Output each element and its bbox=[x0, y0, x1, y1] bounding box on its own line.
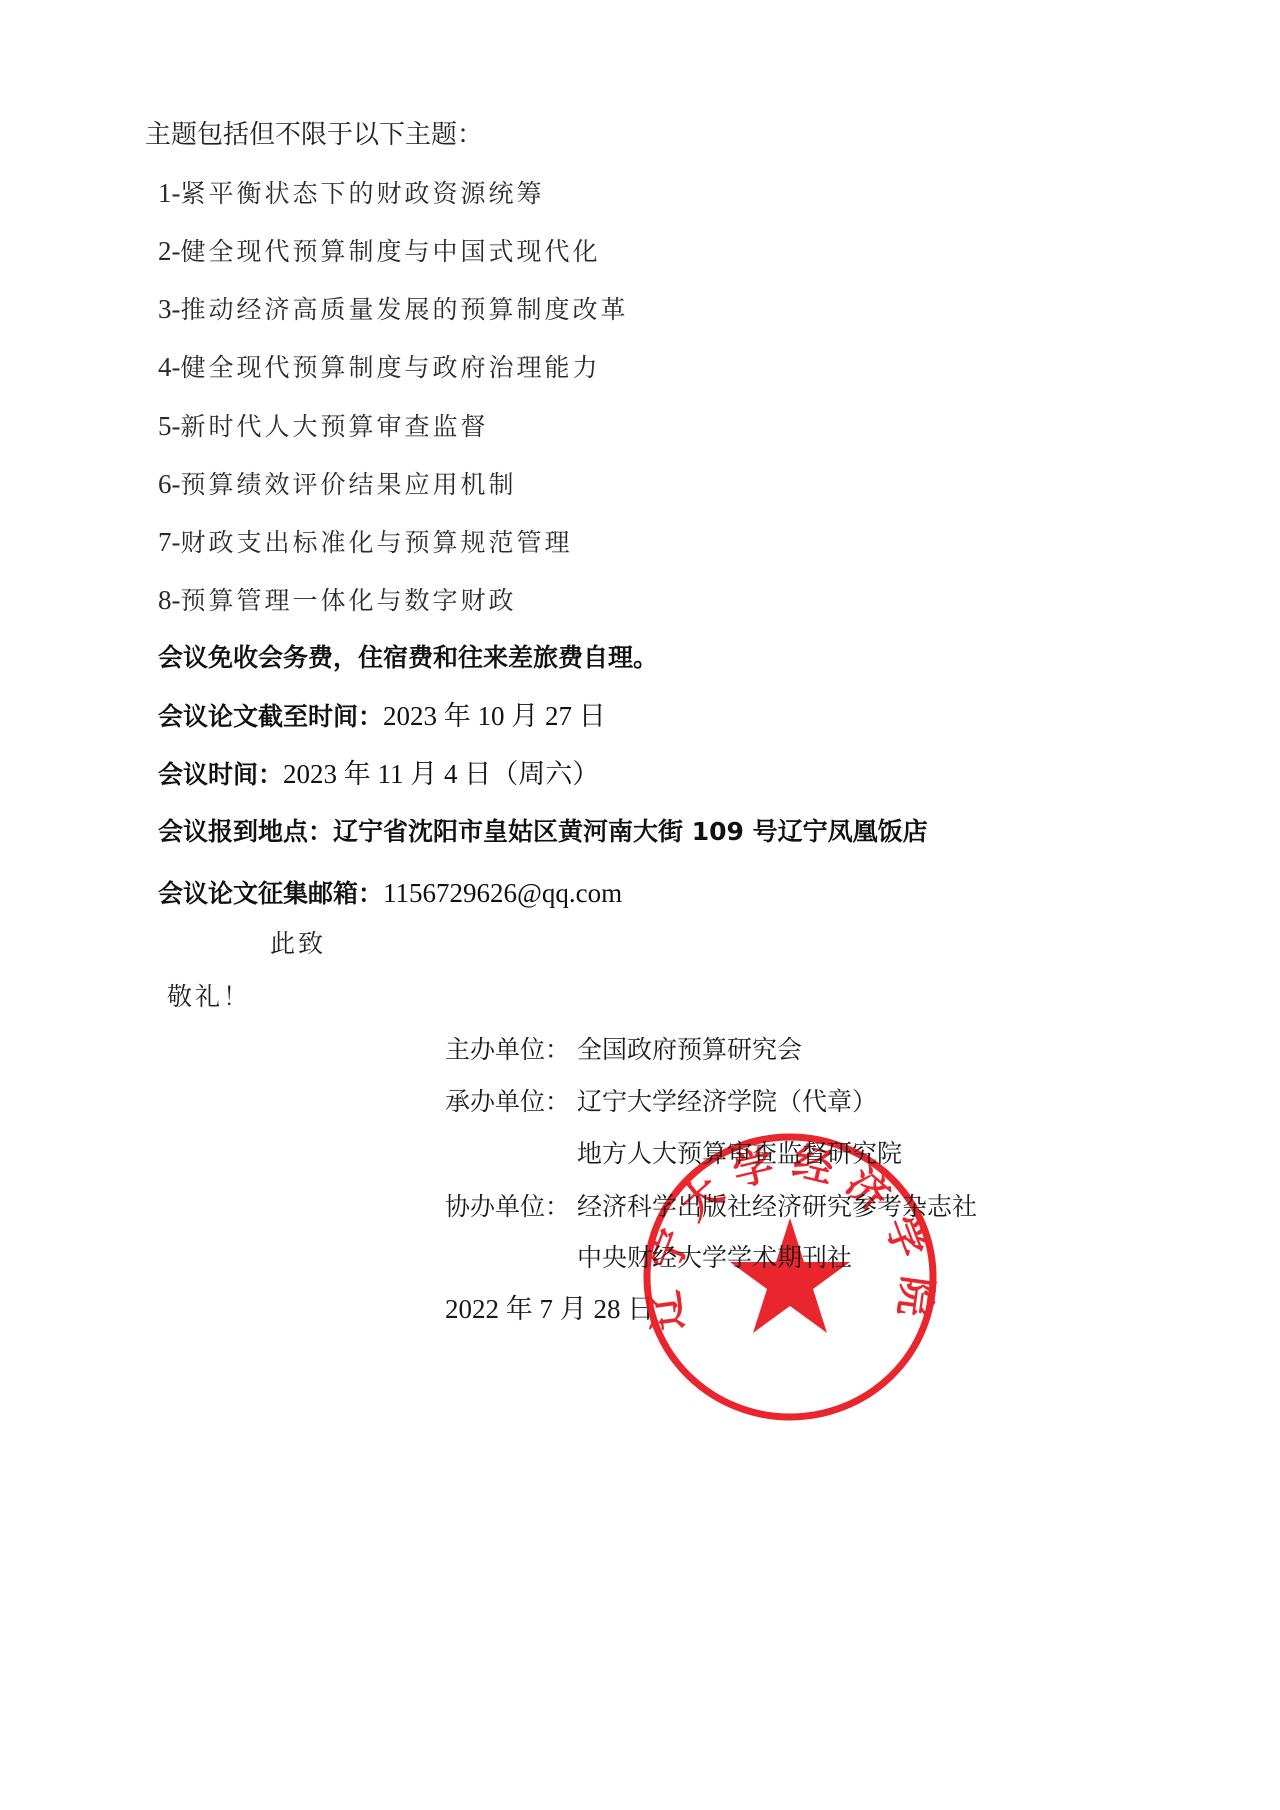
venue-label: 会议报到地点： bbox=[158, 817, 333, 846]
topic-number: 6- bbox=[158, 469, 181, 499]
topics-heading: 主题包括但不限于以下主题： bbox=[145, 122, 483, 148]
co-organizer-value: 经济科学出版社经济研究参考杂志社 bbox=[577, 1192, 977, 1221]
topic-text: 推动经济高质量发展的预算制度改革 bbox=[181, 295, 629, 324]
topic-number: 4- bbox=[158, 352, 181, 382]
topic-item: 4-健全现代预算制度与政府治理能力 bbox=[158, 354, 601, 381]
topic-number: 2- bbox=[158, 236, 181, 266]
topic-item: 8-预算管理一体化与数字财政 bbox=[158, 587, 517, 614]
submission-email-value[interactable]: 1156729626@qq.com bbox=[383, 878, 622, 908]
topic-item: 2-健全现代预算制度与中国式现代化 bbox=[158, 238, 601, 265]
topic-text: 财政支出标准化与预算规范管理 bbox=[181, 528, 573, 557]
topic-text: 预算绩效评价结果应用机制 bbox=[181, 470, 517, 499]
topic-number: 1- bbox=[158, 178, 181, 208]
topic-text: 健全现代预算制度与中国式现代化 bbox=[181, 237, 601, 266]
official-seal-icon: 辽宁大学经济学院 bbox=[640, 1130, 940, 1425]
topic-text: 新时代人大预算审查监督 bbox=[181, 412, 489, 441]
host-organizer: 主办单位：全国政府预算研究会 bbox=[445, 1037, 802, 1062]
meeting-time-label: 会议时间： bbox=[158, 760, 283, 789]
undertaker-label: 承办单位： bbox=[445, 1089, 577, 1114]
meeting-time: 会议时间：2023 年 11 月 4 日（周六） bbox=[158, 761, 599, 788]
undertaker-organizer: 承办单位：辽宁大学经济学院（代章） bbox=[445, 1089, 877, 1114]
topic-item: 1-紧平衡状态下的财政资源统筹 bbox=[158, 180, 545, 207]
venue-value: 辽宁省沈阳市皇姑区黄河南大街 109 号辽宁凤凰饭店 bbox=[333, 817, 928, 846]
co-organizer: 协办单位：经济科学出版社经济研究参考杂志社 bbox=[445, 1194, 977, 1219]
closing-regards: 敬礼！ bbox=[167, 984, 251, 1009]
closing-salutation: 此致 bbox=[270, 931, 326, 956]
host-label: 主办单位： bbox=[445, 1037, 577, 1062]
submission-email: 会议论文征集邮箱：1156729626@qq.com bbox=[158, 880, 622, 907]
paper-deadline-value: 2023 年 10 月 27 日 bbox=[383, 701, 606, 731]
topic-text: 健全现代预算制度与政府治理能力 bbox=[181, 353, 601, 382]
undertaker-value: 辽宁大学经济学院（代章） bbox=[577, 1087, 877, 1116]
venue: 会议报到地点：辽宁省沈阳市皇姑区黄河南大街 109 号辽宁凤凰饭店 bbox=[158, 819, 928, 844]
submission-email-label: 会议论文征集邮箱： bbox=[158, 879, 383, 908]
topic-item: 7-财政支出标准化与预算规范管理 bbox=[158, 529, 573, 556]
undertaker-organizer-2: 地方人大预算审查监督研究院 bbox=[577, 1141, 902, 1166]
paper-deadline-label: 会议论文截至时间： bbox=[158, 702, 383, 731]
topic-number: 5- bbox=[158, 411, 181, 441]
topic-number: 3- bbox=[158, 294, 181, 324]
host-value: 全国政府预算研究会 bbox=[577, 1035, 802, 1064]
topic-text: 预算管理一体化与数字财政 bbox=[181, 586, 517, 615]
topic-item: 6-预算绩效评价结果应用机制 bbox=[158, 471, 517, 498]
topic-text: 紧平衡状态下的财政资源统筹 bbox=[181, 179, 545, 208]
topic-number: 8- bbox=[158, 585, 181, 615]
topic-item: 3-推动经济高质量发展的预算制度改革 bbox=[158, 296, 629, 323]
meeting-time-value: 2023 年 11 月 4 日（周六） bbox=[283, 759, 599, 789]
topic-item: 5-新时代人大预算审查监督 bbox=[158, 413, 489, 440]
fee-note: 会议免收会务费，住宿费和往来差旅费自理。 bbox=[158, 645, 658, 670]
document-date: 2022 年 7 月 28 日 bbox=[445, 1296, 654, 1323]
topic-number: 7- bbox=[158, 527, 181, 557]
co-organizer-label: 协办单位： bbox=[445, 1194, 577, 1219]
co-organizer-2: 中央财经大学学术期刊社 bbox=[577, 1245, 852, 1270]
paper-deadline: 会议论文截至时间：2023 年 10 月 27 日 bbox=[158, 703, 606, 730]
